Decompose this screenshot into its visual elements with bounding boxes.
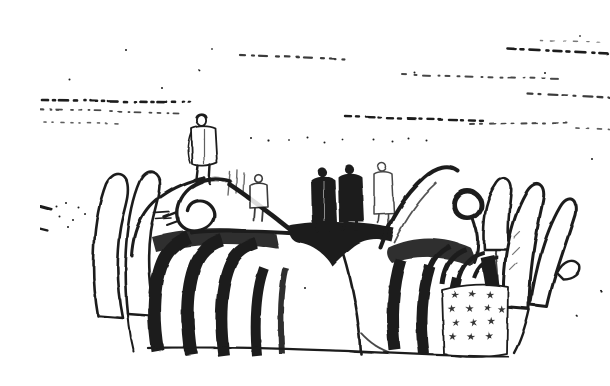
star-icon: ★ bbox=[487, 316, 496, 328]
star-icon: ★ bbox=[483, 329, 494, 342]
star-icon: ★ bbox=[465, 303, 474, 315]
star-icon: ★ bbox=[450, 289, 459, 301]
star-icon: ★ bbox=[468, 316, 479, 329]
sketch-illustration: Black-and-white pen-and-ink sketch: two … bbox=[40, 16, 610, 370]
star-icon: ★ bbox=[447, 330, 458, 343]
star-patch: ★ ★ ★ ★ ★ ★ ★ ★ ★ ★ ★ ★ ★ bbox=[442, 285, 508, 357]
star-icon: ★ bbox=[446, 302, 457, 315]
illustration-canvas: Black-and-white pen-and-ink sketch: two … bbox=[40, 16, 610, 370]
right-thumb-ring bbox=[455, 192, 482, 219]
star-icon: ★ bbox=[466, 287, 477, 300]
star-icon: ★ bbox=[497, 304, 506, 316]
star-icon: ★ bbox=[451, 317, 460, 329]
star-icon: ★ bbox=[485, 289, 494, 301]
star-icon: ★ bbox=[466, 331, 475, 343]
